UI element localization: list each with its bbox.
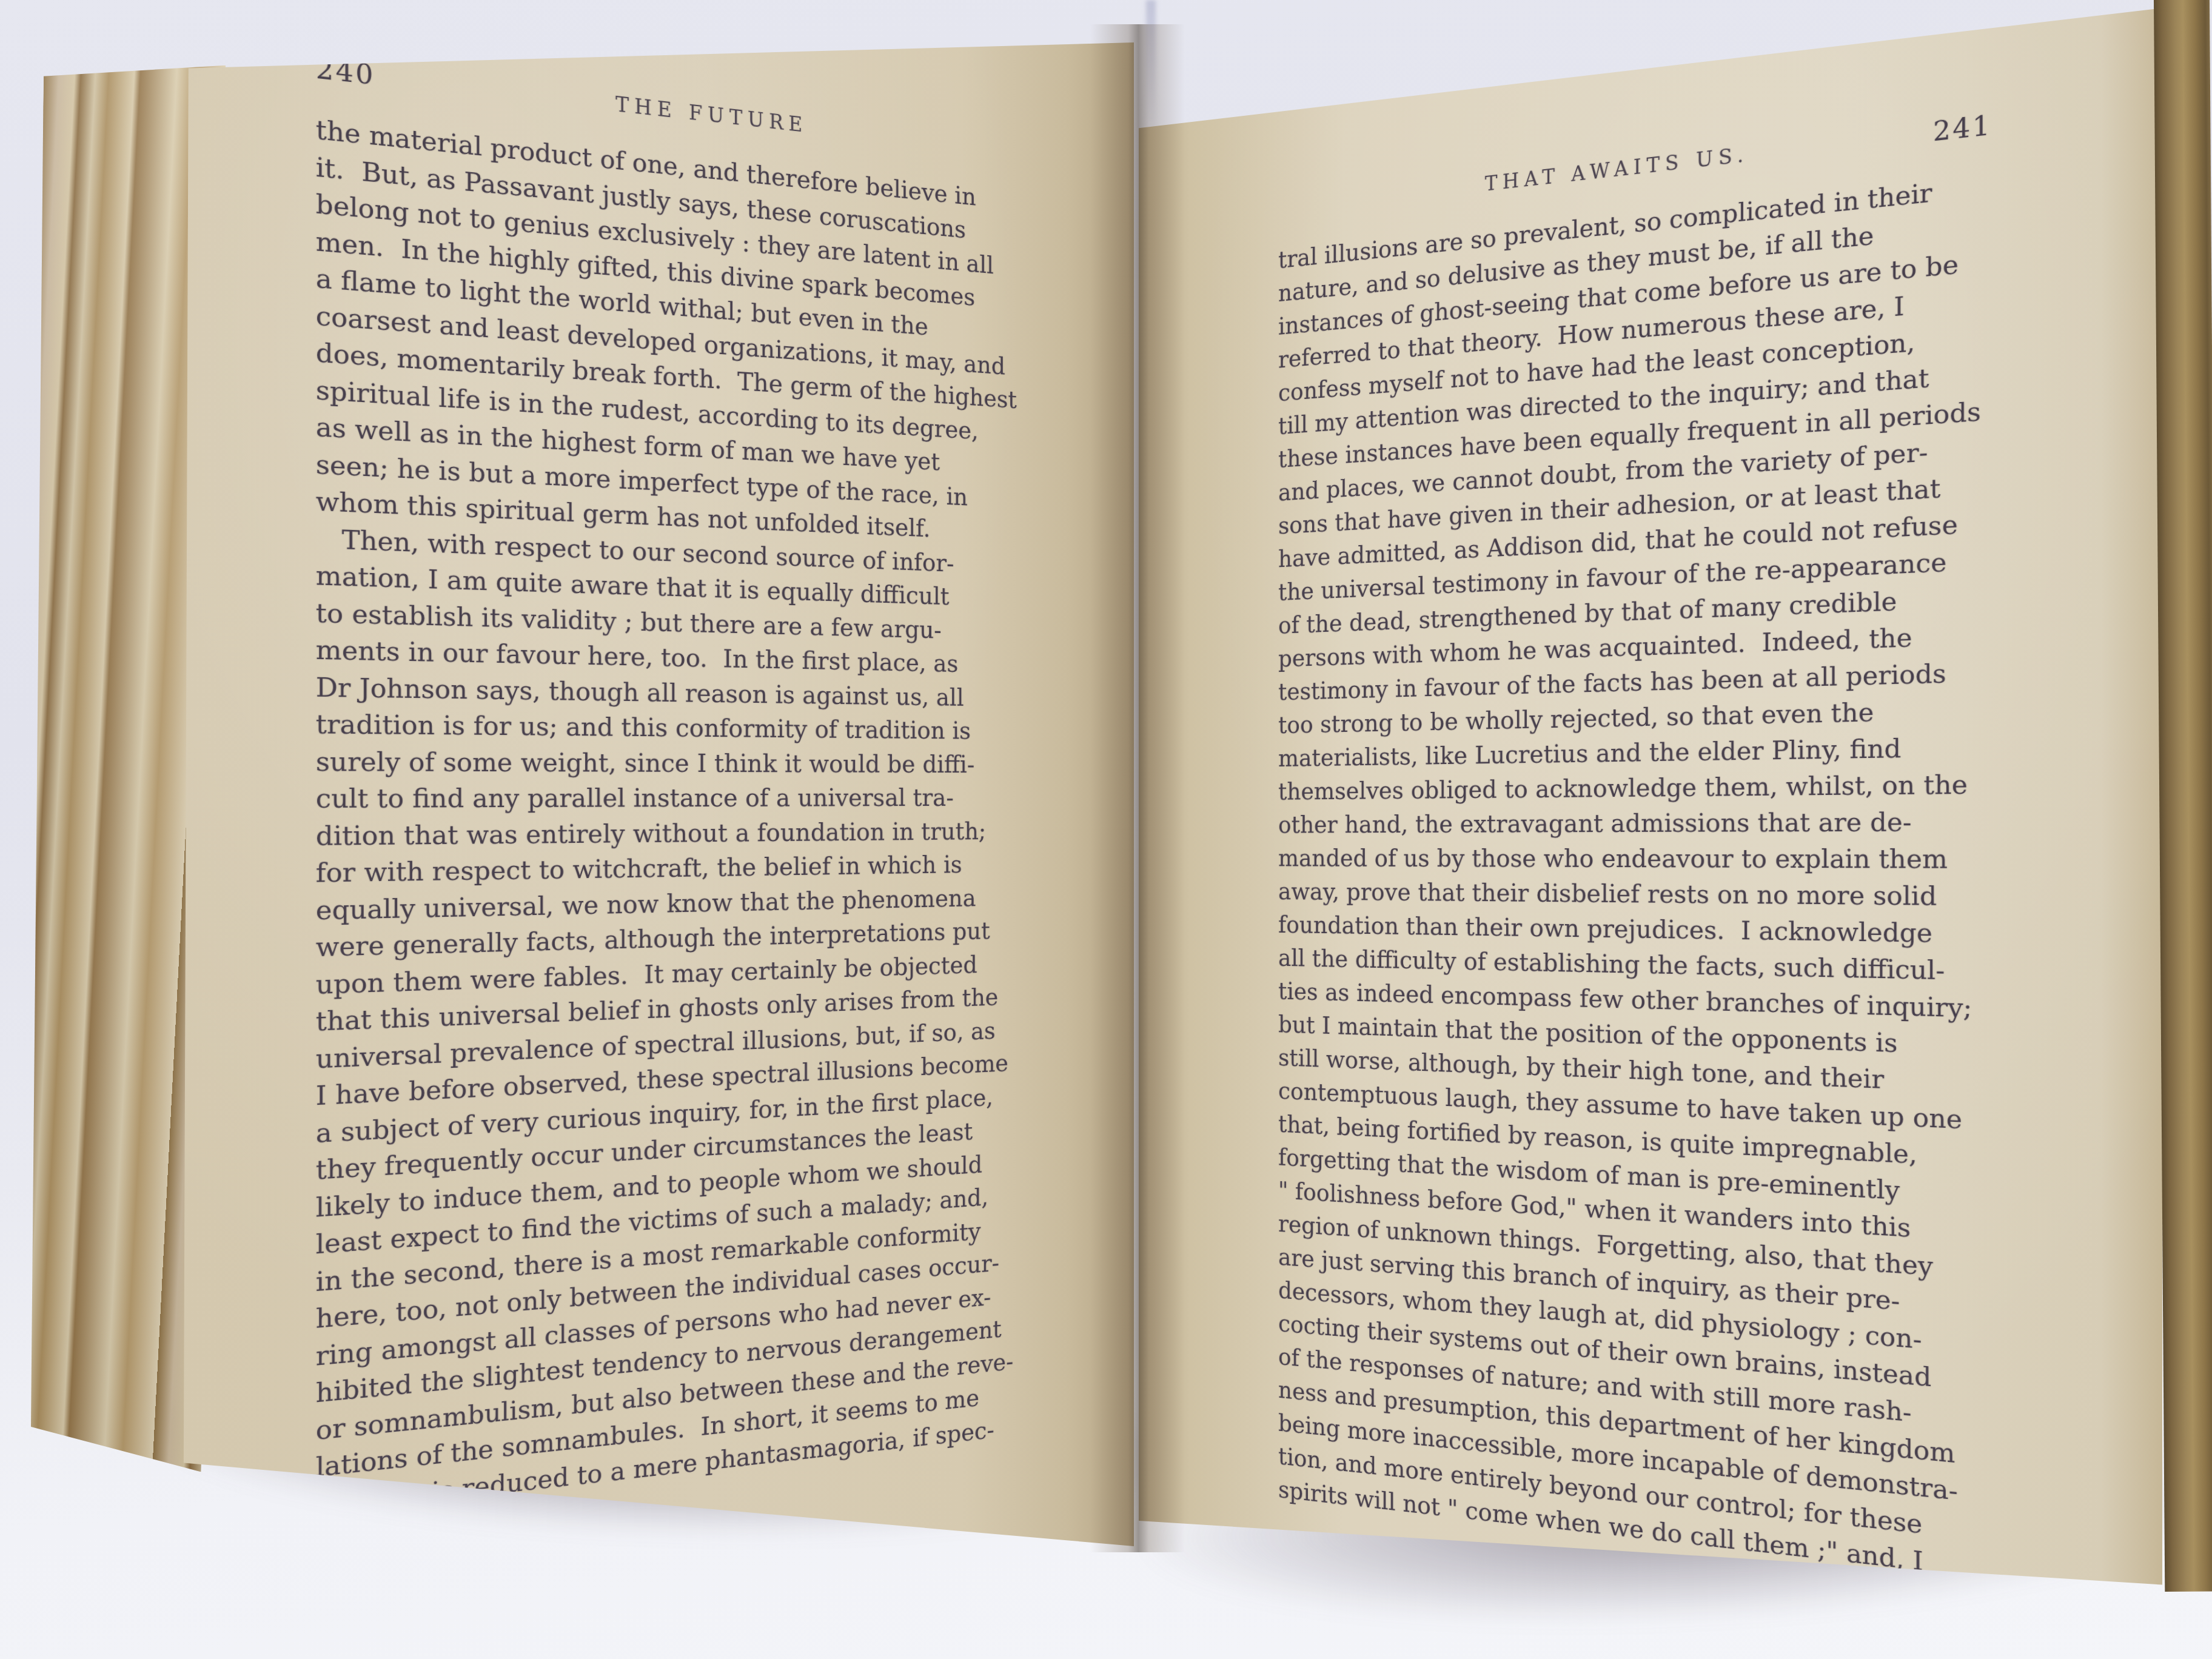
book-gutter — [1090, 24, 1185, 1552]
right-cover-edge — [2154, 0, 2212, 1592]
right-page-body: tral illusions are so prevalent, so comp… — [1278, 168, 1992, 1588]
runhead-spacer — [1278, 203, 1375, 214]
book-photo: 240 THE FUTURE the material product of o… — [0, 0, 2212, 1659]
text-line: other hand, the extravagant admissions t… — [1278, 803, 1992, 842]
left-page: 240 THE FUTURE the material product of o… — [179, 30, 1134, 1546]
text-line: manded of us by those who endeavour to e… — [1278, 840, 1992, 878]
right-page-text-block: THAT AWAITS US. 241 tral illusions are s… — [1278, 109, 1992, 1588]
left-page-number: 240 — [316, 53, 435, 98]
left-page-text-block: 240 THE FUTURE the material product of o… — [316, 53, 1064, 1524]
right-page: THAT AWAITS US. 241 tral illusions are s… — [1139, 0, 2162, 1601]
text-line: cult to find any parallel instance of a … — [316, 780, 1064, 817]
text-line: surely of some weight, since I think it … — [316, 743, 1064, 782]
left-page-body: the material product of one, and therefo… — [316, 112, 1064, 1524]
right-page-number: 241 — [1874, 109, 1992, 153]
runhead-spacer — [968, 150, 1064, 160]
